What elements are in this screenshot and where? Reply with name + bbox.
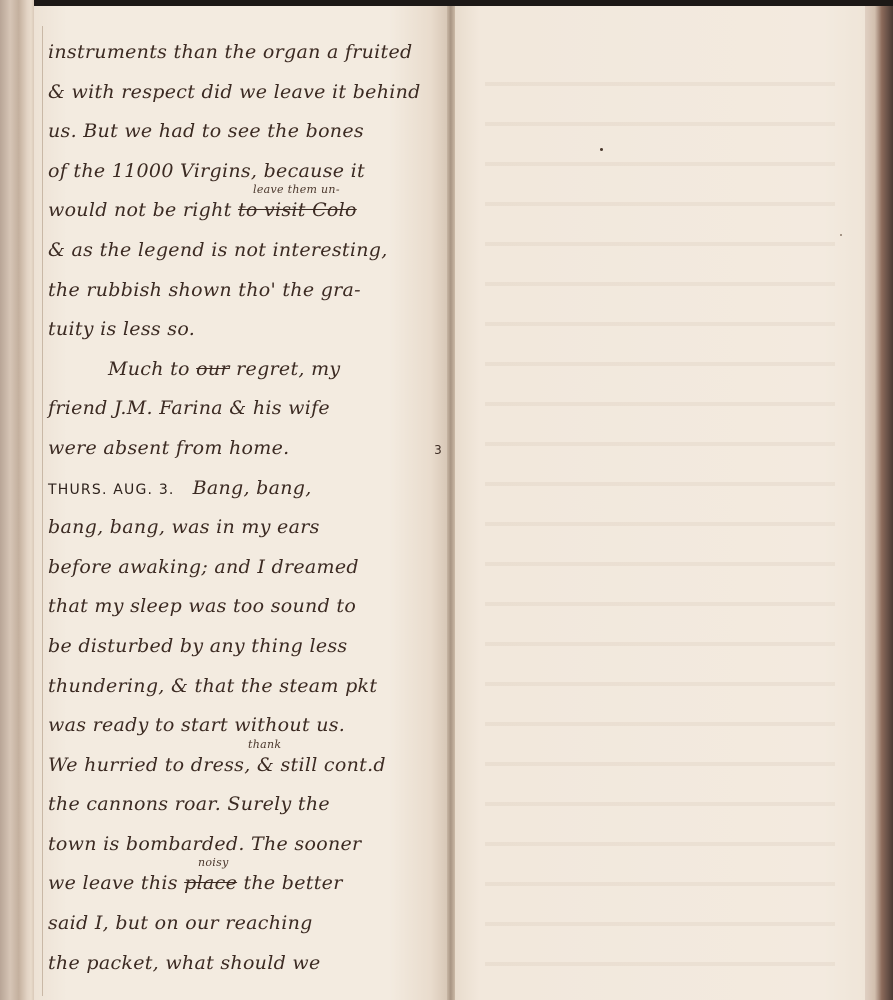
text-line-3: us. But we had to see the bones xyxy=(48,117,428,157)
text-line-14: before awaking; and I dreamed xyxy=(48,553,428,593)
text-line-23: said I, but on our reaching xyxy=(48,909,428,949)
text-line-17: thundering, & that the steam pkt xyxy=(48,672,428,712)
text-line-8: tuity is less so. xyxy=(48,315,428,355)
text-line-9: Much to our regret, my xyxy=(48,355,428,395)
book-gutter xyxy=(447,6,455,1000)
paper-speck xyxy=(600,148,603,151)
interlinear-insertion: leave them un- xyxy=(253,184,340,196)
text-line-1: instruments than the organ a fruited xyxy=(48,38,428,78)
struck-text: to visit Colo xyxy=(238,199,357,221)
text-line-22: noisy we leave this place the better xyxy=(48,869,428,909)
text-line-12-date-heading: THURS. AUG. 3.Bang, bang, xyxy=(48,474,428,514)
page-number: 3 xyxy=(434,436,442,464)
text-line-7: the rubbish shown tho' the gra- xyxy=(48,276,428,316)
text-line-24: the packet, what should we xyxy=(48,949,428,989)
text-line-10: friend J.M. Farina & his wife xyxy=(48,394,428,434)
text-line-21: town is bombarded. The sooner xyxy=(48,830,428,870)
text-line-19: thank We hurried to dress, & still cont.… xyxy=(48,751,428,791)
text-line-13: bang, bang, was in my ears xyxy=(48,513,428,553)
text-line-16: be disturbed by any thing less xyxy=(48,632,428,672)
paper-speck xyxy=(840,234,842,236)
handwritten-text: instruments than the organ a fruited & w… xyxy=(48,38,428,988)
struck-text: place xyxy=(184,872,237,894)
text-line-5: leave them un- would not be right to vis… xyxy=(48,196,428,236)
interlinear-insertion: noisy xyxy=(198,857,229,869)
bleed-through-texture xyxy=(485,46,835,986)
interlinear-insertion: thank xyxy=(248,739,281,751)
right-page-blank xyxy=(455,6,865,1000)
margin-rule xyxy=(42,26,43,996)
right-page-stack-edge xyxy=(865,6,893,1000)
text-line-15: that my sleep was too sound to xyxy=(48,592,428,632)
left-page-stack-edge xyxy=(0,0,34,1000)
text-line-18: was ready to start without us. xyxy=(48,711,428,751)
struck-text: our xyxy=(196,358,230,380)
text-line-6: & as the legend is not interesting, xyxy=(48,236,428,276)
entry-date: THURS. AUG. 3. xyxy=(48,482,175,498)
left-page: instruments than the organ a fruited & w… xyxy=(34,6,447,1000)
text-line-4: of the 11000 Virgins, because it xyxy=(48,157,428,197)
text-line-2: & with respect did we leave it behind xyxy=(48,78,428,118)
text-line-11: were absent from home. 3 xyxy=(48,434,428,474)
text-line-20: the cannons roar. Surely the xyxy=(48,790,428,830)
